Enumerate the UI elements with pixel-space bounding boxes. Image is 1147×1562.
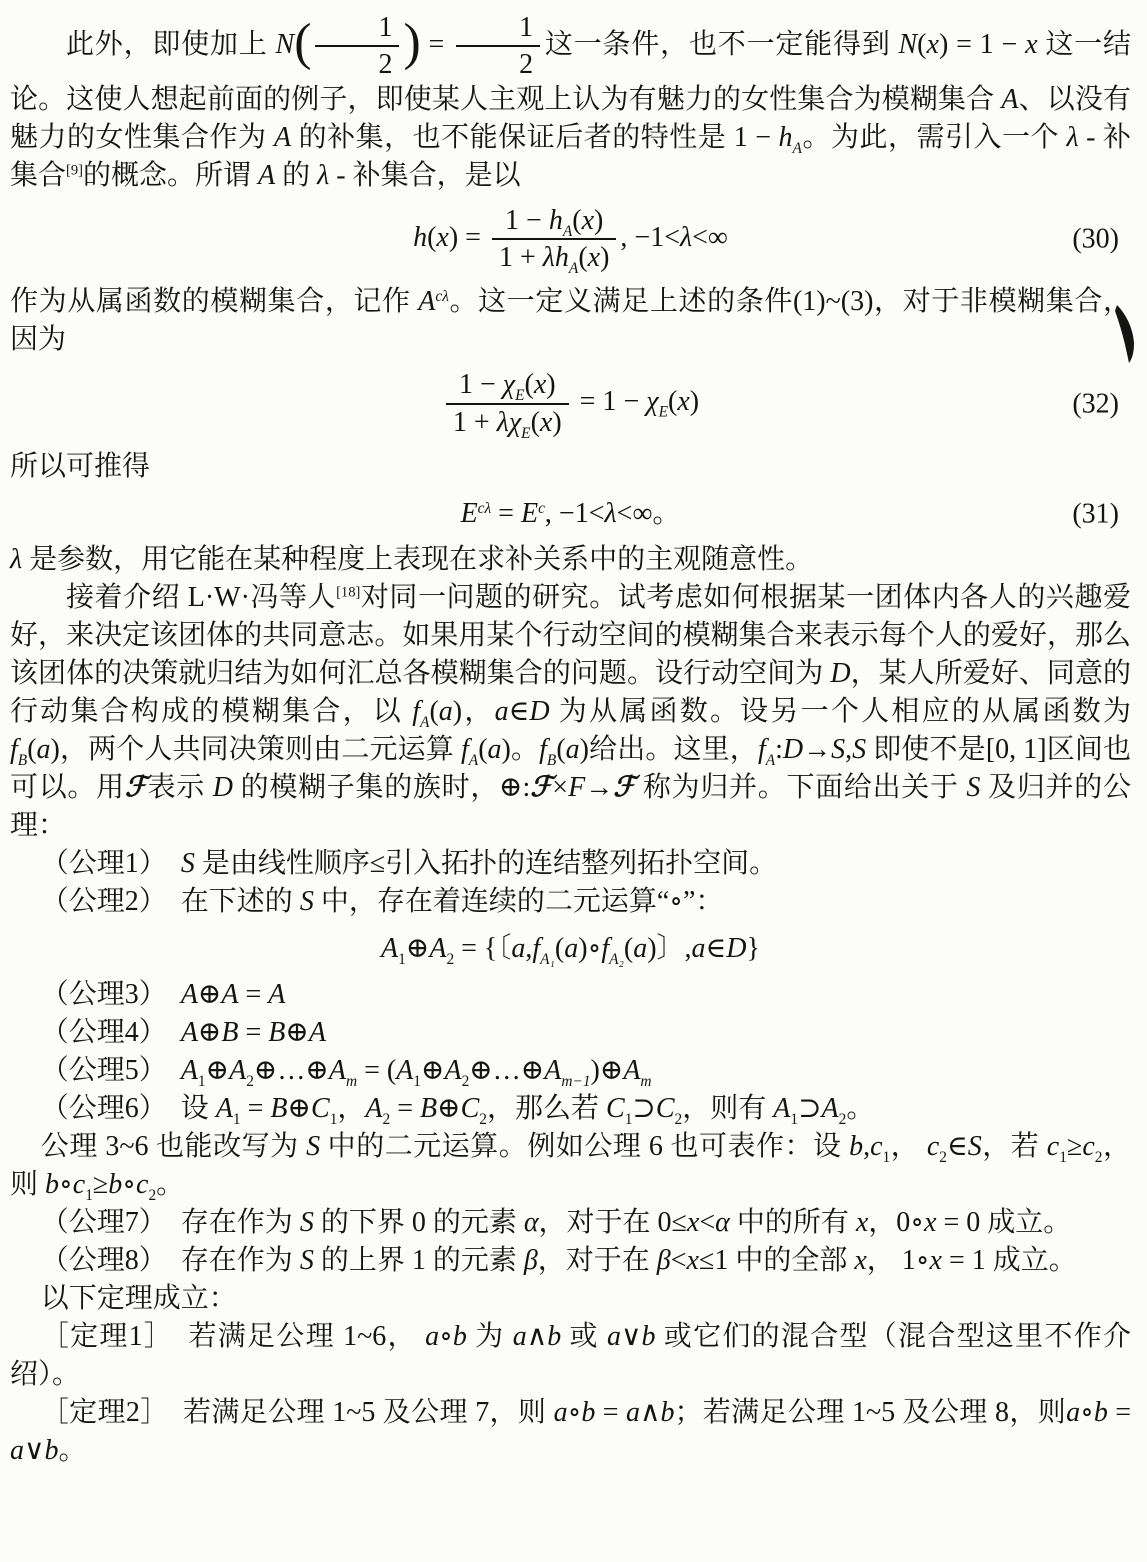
equation-30: h(x) = 1 − hA(x)1 + λhA(x), −1<λ<∞ [413,205,728,274]
scanned-page: 此外，即使加上 N(12) = 12这一条件，也不一定能得到 N(x) = 1 … [0,0,1147,1562]
axiom-3: （公理3） A⊕A = A [10,976,1131,1014]
equation-31-row: Ecλ = Ec, −1<λ<∞。 (31) [10,496,1131,531]
paragraph-lambda-complement-intro: 此外，即使加上 N(12) = 12这一条件，也不一定能得到 N(x) = 1 … [10,12,1131,195]
equation-31: Ecλ = Ec, −1<λ<∞。 [461,496,681,531]
axiom-4: （公理4） A⊕B = B⊕A [10,1014,1131,1052]
axiom-2: （公理2） 在下述的 S 中，存在着连续的二元运算“∘”： [10,883,1131,921]
axiom-8: （公理8） 存在作为 S 的上界 1 的元素 β，对于在 β<x≤1 中的全部 … [10,1242,1131,1280]
axiom-2-formula-row: A1⊕A2 = {〔a,fA₁(a)∘fA₂(a)〕,a∈D} [10,931,1131,966]
equation-30-row: h(x) = 1 − hA(x)1 + λhA(x), −1<λ<∞ (30) [10,205,1131,274]
axiom-5: （公理5） A1⊕A2⊕…⊕Am = (A1⊕A2⊕…⊕Am−1)⊕Am [10,1052,1131,1090]
theorem-1: ［定理1］ 若满足公理 1~6， a∘b 为 a∧b 或 a∨b 或它们的混合型… [10,1318,1131,1394]
paragraph-therefore: 所以可推得 [10,448,1131,486]
paragraph-complement-definition: 作为从属函数的模糊集合，记作 Acλ。这一定义满足上述的条件(1)~(3)，对于… [10,283,1131,359]
paragraph-group-decision-intro: 接着介绍 L·W·冯等人[18]对同一问题的研究。试考虑如何根据某一团体内各人的… [10,579,1131,845]
axiom-7: （公理7） 存在作为 S 的下界 0 的元素 α，对于在 0≤x<α 中的所有 … [10,1204,1131,1242]
axiom-2-formula: A1⊕A2 = {〔a,fA₁(a)∘fA₂(a)〕,a∈D} [381,931,760,966]
theorem-2: ［定理2］ 若满足公理 1~5 及公理 7，则 a∘b = a∧b；若满足公理 … [10,1394,1131,1470]
paragraph-theorems-intro: 以下定理成立： [10,1280,1131,1318]
axiom-1: （公理1） S 是由线性顺序≤引入拓扑的连结整列拓扑空间。 [10,845,1131,883]
axiom-6: （公理6） 设 A1 = B⊕C1，A2 = B⊕C2，那么若 C1⊃C2，则有… [10,1090,1131,1128]
equation-30-number: (30) [1072,222,1119,257]
paragraph-lambda-parameter-note: λ 是参数，用它能在某种程度上表现在求补关系中的主观随意性。 [10,541,1131,579]
equation-32-number: (32) [1072,386,1119,421]
ink-stroke-artifact [1111,303,1141,365]
equation-32-row: 1 − χE(x)1 + λχE(x) = 1 − χE(x) (32) [10,369,1131,438]
equation-31-number: (31) [1072,496,1119,531]
equation-32: 1 − χE(x)1 + λχE(x) = 1 − χE(x) [442,369,699,438]
paragraph-axioms-rewrite-note: 公理 3~6 也能改写为 S 中的二元运算。例如公理 6 也可表作：设 b,c1… [10,1128,1131,1204]
